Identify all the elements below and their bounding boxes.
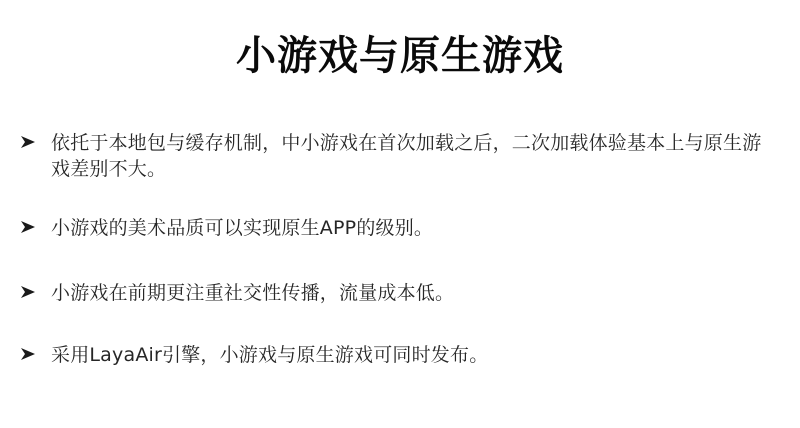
arrowhead-bullet-icon: [21, 342, 51, 366]
bullet-item: 依托于本地包与缓存机制，中小游戏在首次加载之后，二次加载体验基本上与原生游戏差别…: [21, 130, 781, 182]
arrowhead-bullet-icon: [21, 130, 51, 154]
slide: 小游戏与原生游戏 依托于本地包与缓存机制，中小游戏在首次加载之后，二次加载体验基…: [0, 0, 800, 428]
bullet-text: 小游戏在前期更注重社交性传播，流量成本低。: [51, 280, 771, 306]
slide-title: 小游戏与原生游戏: [0, 30, 800, 82]
arrowhead-bullet-icon: [21, 280, 51, 304]
bullet-item: 小游戏在前期更注重社交性传播，流量成本低。: [21, 280, 781, 306]
bullet-item: 小游戏的美术品质可以实现原生APP的级别。: [21, 215, 781, 241]
bullet-text: 依托于本地包与缓存机制，中小游戏在首次加载之后，二次加载体验基本上与原生游戏差别…: [51, 130, 771, 182]
arrowhead-bullet-icon: [21, 215, 51, 239]
bullet-text: 采用LayaAir引擎，小游戏与原生游戏可同时发布。: [51, 342, 771, 368]
bullet-item: 采用LayaAir引擎，小游戏与原生游戏可同时发布。: [21, 342, 781, 368]
bullet-text: 小游戏的美术品质可以实现原生APP的级别。: [51, 215, 771, 241]
